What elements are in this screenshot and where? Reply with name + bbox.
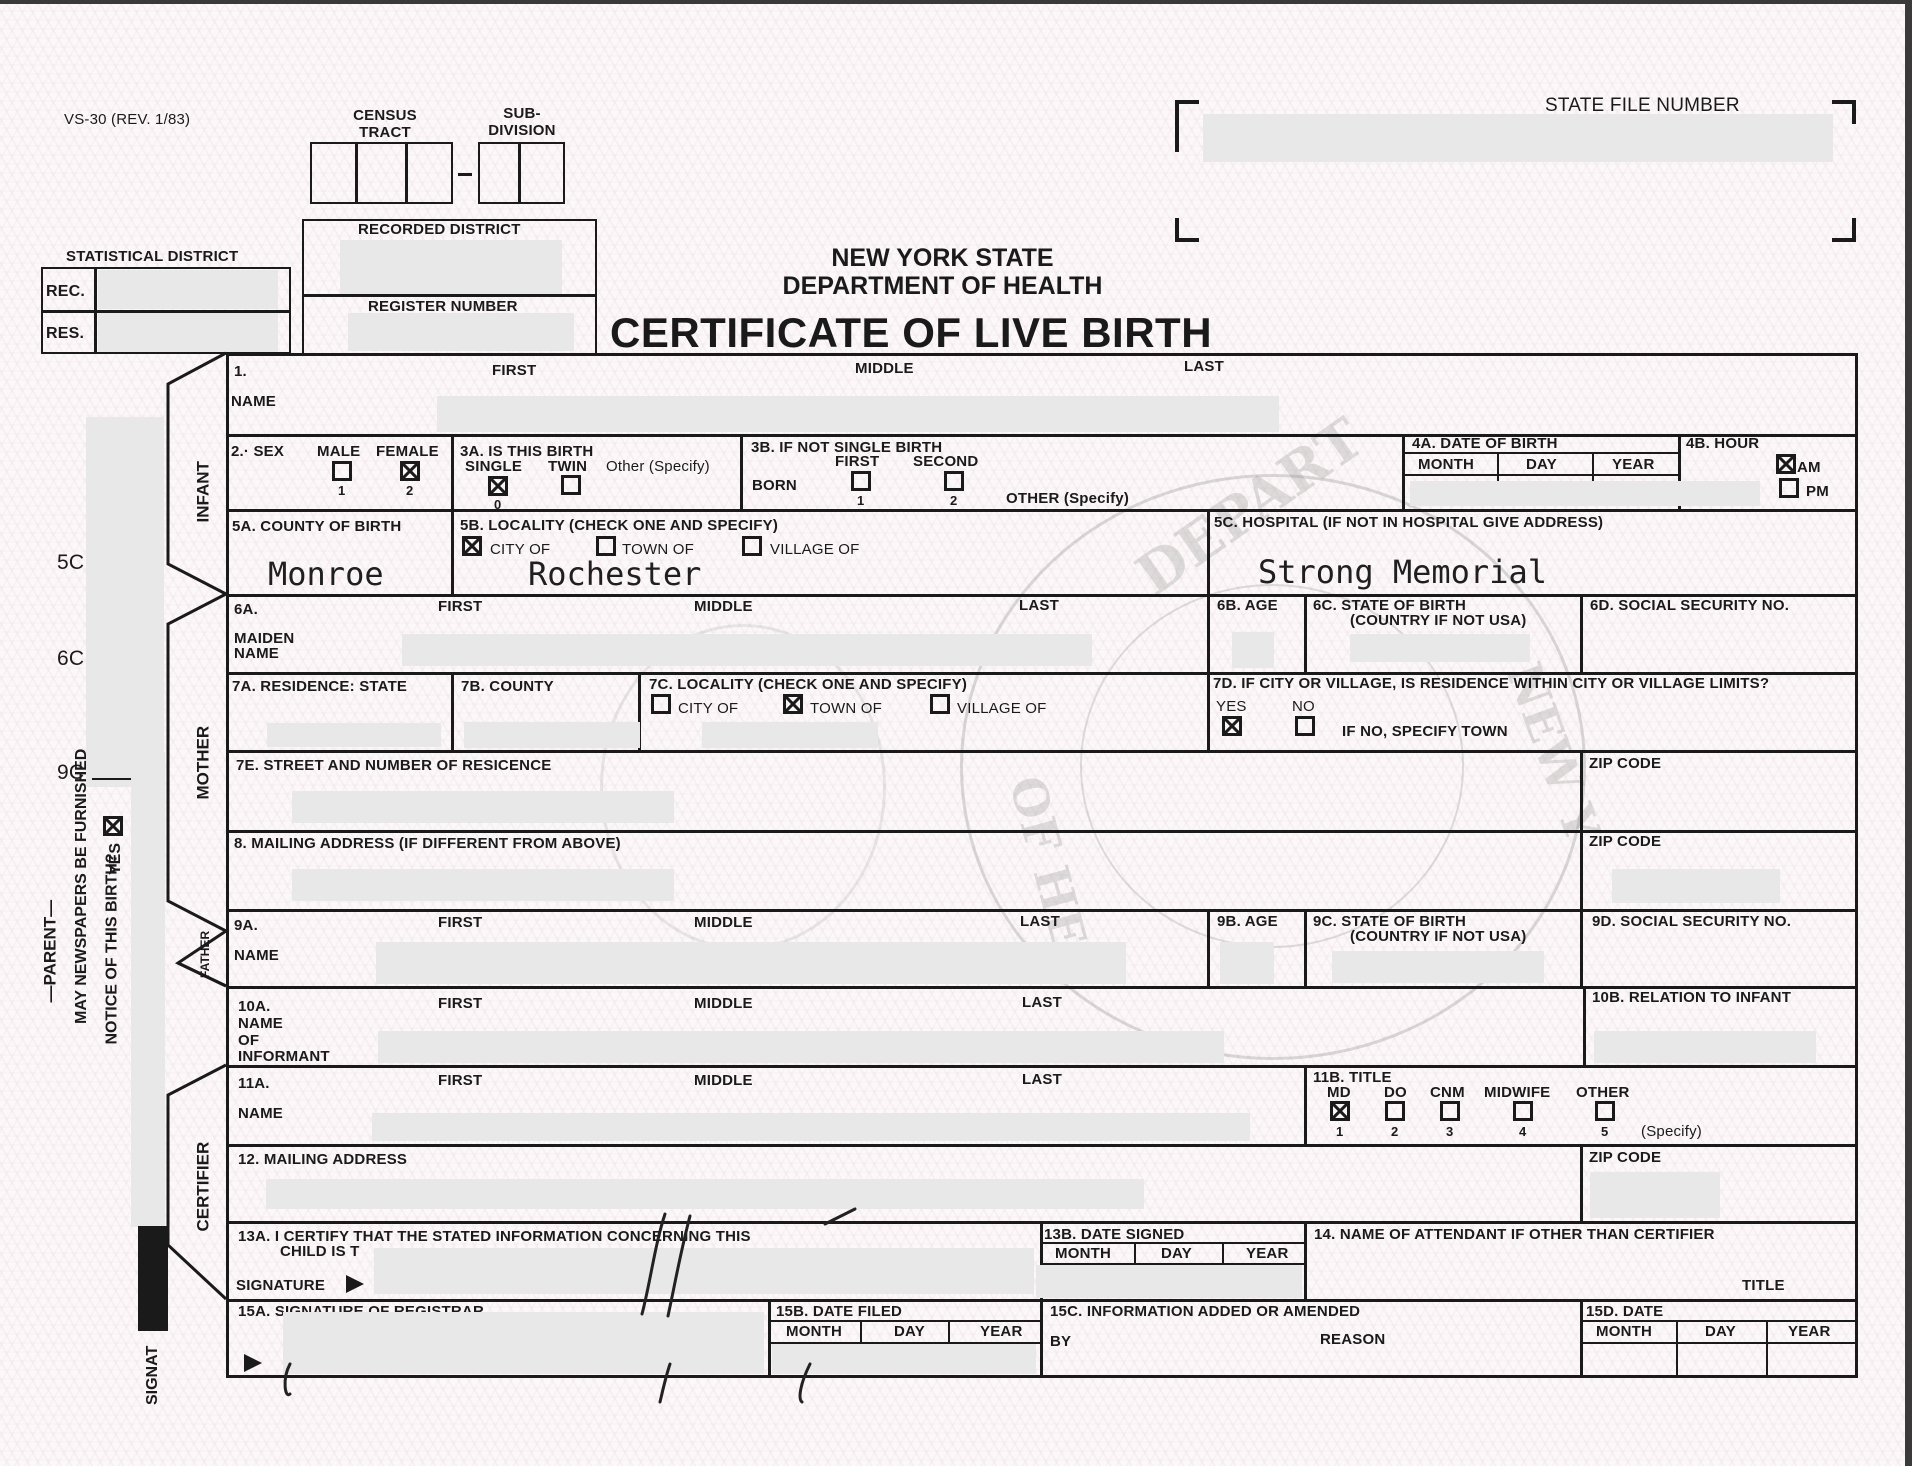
agency-line-2: DEPARTMENT OF HEALTH (745, 274, 1140, 299)
f9a-middle-label: MIDDLE (694, 915, 753, 930)
f6a-first-label: FIRST (438, 599, 482, 614)
row-line-8 (226, 909, 1858, 912)
f7d-specify-label: IF NO, SPECIFY TOWN (1342, 724, 1508, 739)
f5b-village-label: VILLAGE OF (770, 542, 860, 557)
f9d-label: 9D. SOCIAL SECURITY NO. (1592, 914, 1791, 929)
f1-number: 1. (234, 364, 247, 379)
statistical-district-label: STATISTICAL DISTRICT (66, 249, 238, 264)
f7d-yes-label: YES (1216, 699, 1247, 714)
f15d-col-2 (1766, 1320, 1768, 1378)
col-12-zip (1580, 1144, 1583, 1221)
col-13b-14 (1304, 1221, 1307, 1299)
f5a-label: 5A. COUNTY OF BIRTH (232, 519, 401, 534)
f1-name-label: NAME (231, 394, 276, 409)
statistical-district-col (94, 267, 97, 354)
f10a-label-3: INFORMANT (238, 1049, 330, 1064)
father-name-redacted[interactable] (376, 942, 1126, 984)
f6a-middle-label: MIDDLE (694, 599, 753, 614)
f10b-label: 10B. RELATION TO INFANT (1592, 990, 1791, 1005)
f15d-sub-top (1580, 1320, 1858, 1322)
row-line-1 (226, 434, 1858, 437)
informant-name-redacted[interactable] (378, 1031, 1224, 1063)
f15d-col-1 (1676, 1320, 1678, 1378)
f3b-second-label: SECOND (913, 454, 978, 469)
f6a-last-label: LAST (1019, 598, 1059, 613)
state-file-bracket-br (1832, 218, 1856, 242)
col-7c-7d (1207, 672, 1210, 750)
f6a-label-2: NAME (234, 646, 279, 661)
recorded-district-label: RECORDED DISTRICT (358, 222, 521, 237)
col-15b-15c (1040, 1299, 1043, 1378)
f3a-twin-label: TWIN (548, 459, 587, 474)
subdivision-divider (518, 142, 521, 204)
f3a-single-checkbox[interactable] (488, 476, 508, 496)
f9a-name-label: NAME (234, 948, 279, 963)
mother-state-of-birth-redacted[interactable] (1350, 634, 1530, 662)
margin-code-5c: 5C (57, 552, 84, 573)
col-5b-5c (1207, 509, 1210, 594)
mailing-zip-redacted[interactable] (1612, 869, 1780, 903)
newspaper-question-line-1: MAY NEWSPAPERS BE FURNISHED (74, 796, 90, 1024)
f11b-do-checkbox[interactable] (1385, 1101, 1405, 1121)
f11b-cnm-label: CNM (1430, 1085, 1465, 1100)
relation-to-infant-redacted[interactable] (1594, 1031, 1816, 1063)
census-divider-2 (405, 142, 408, 204)
f1-first-label: FIRST (492, 363, 536, 378)
f11b-other-checkbox[interactable] (1595, 1101, 1615, 1121)
f15d-label: 15D. DATE (1586, 1304, 1663, 1319)
census-tract-boxes[interactable] (310, 142, 453, 204)
f11b-code-1: 1 (1336, 1125, 1343, 1138)
col-9c-9d (1580, 909, 1583, 986)
f5c-label: 5C. HOSPITAL (IF NOT IN HOSPITAL GIVE AD… (1214, 515, 1603, 530)
f13b-month-label: MONTH (1055, 1246, 1111, 1261)
newspaper-yes-label: YES (108, 835, 124, 875)
census-tract-label: CENSUS TRACT (335, 108, 435, 140)
f4a-year-label: YEAR (1612, 457, 1654, 472)
f5b-city-checkbox[interactable] (462, 536, 482, 556)
f3b-second-checkbox[interactable] (944, 471, 964, 491)
f5b-value[interactable]: Rochester (528, 558, 701, 590)
f15b-year-label: YEAR (980, 1324, 1022, 1339)
f15d-year-label: YEAR (1788, 1324, 1830, 1339)
f3b-first-label: FIRST (835, 454, 879, 469)
f11a-number: 11A. (238, 1076, 270, 1091)
f3a-label: 3A. IS THIS BIRTH (460, 444, 593, 459)
col-6c-6d (1580, 594, 1583, 672)
f4b-label: 4B. HOUR (1686, 436, 1759, 451)
f11a-middle-label: MIDDLE (694, 1073, 753, 1088)
f3b-second-code: 2 (950, 494, 957, 507)
rec-value-redacted[interactable] (98, 270, 278, 309)
form-id: VS-30 (REV. 1/83) (64, 112, 190, 127)
f5a-value[interactable]: Monroe (268, 558, 384, 590)
state-file-number-label: STATE FILE NUMBER (1545, 96, 1740, 115)
f11b-code-5: 5 (1601, 1125, 1608, 1138)
f7c-village-checkbox[interactable] (930, 694, 950, 714)
f7c-village-label: VILLAGE OF (957, 701, 1047, 716)
f11b-cnm-checkbox[interactable] (1440, 1101, 1460, 1121)
f4b-am-checkbox[interactable] (1776, 454, 1796, 474)
f2-female-checkbox[interactable] (400, 461, 420, 481)
f10a-number: 10A. (238, 999, 271, 1014)
f4a-month-label: MONTH (1418, 457, 1474, 472)
row-line-7 (226, 750, 1858, 753)
rec-label: REC. (46, 284, 85, 300)
f10a-label-1: NAME (238, 1016, 283, 1031)
f11a-first-label: FIRST (438, 1073, 482, 1088)
infant-name-value-redacted[interactable] (437, 396, 1279, 432)
f15c-by-label: BY (1050, 1334, 1071, 1349)
residence-locality-redacted[interactable] (702, 722, 878, 748)
f11a-last-label: LAST (1022, 1072, 1062, 1087)
f9b-label: 9B. AGE (1217, 914, 1278, 929)
col-7a-7b (451, 672, 454, 750)
col-15c-15d (1580, 1299, 1583, 1378)
f4b-am-label: AM (1797, 460, 1821, 475)
f5c-value[interactable]: Strong Memorial (1258, 556, 1547, 588)
row-line-2 (226, 509, 1858, 512)
f7c-city-checkbox[interactable] (651, 694, 671, 714)
f13b-sub-top (1040, 1242, 1304, 1244)
f3a-single-label: SINGLE (465, 459, 522, 474)
f3b-first-checkbox[interactable] (851, 471, 871, 491)
f11b-md-checkbox[interactable] (1330, 1101, 1350, 1121)
f13b-label: 13B. DATE SIGNED (1044, 1227, 1184, 1242)
f15b-day-label: DAY (894, 1324, 925, 1339)
f7c-town-checkbox[interactable] (783, 694, 803, 714)
f2-female-label: FEMALE (376, 444, 439, 459)
f4a-sub-top (1404, 452, 1678, 454)
f11b-midwife-label: MIDWIFE (1484, 1085, 1550, 1100)
f11b-midwife-checkbox[interactable] (1513, 1101, 1533, 1121)
f4a-day-label: DAY (1526, 457, 1557, 472)
col-7e-zip (1580, 750, 1583, 909)
newspaper-question-line-2: NOTICE OF THIS BIRTH? (105, 870, 121, 1045)
f9c-label-2: (COUNTRY IF NOT USA) (1350, 929, 1527, 944)
mailing-address-redacted[interactable] (292, 869, 674, 901)
census-dash (458, 173, 472, 176)
f3b-born-label: BORN (752, 478, 797, 493)
f1-last-label: LAST (1184, 359, 1224, 374)
handwritten-signature-strokes (270, 1204, 890, 1404)
f11b-code-4: 4 (1519, 1125, 1526, 1138)
f15c-reason-label: REASON (1320, 1332, 1385, 1347)
residence-state-redacted[interactable] (267, 723, 441, 747)
f11b-code-3: 3 (1446, 1125, 1453, 1138)
col-3a-3b (740, 434, 743, 509)
f3b-other-label: OTHER (Specify) (1006, 491, 1129, 506)
f15d-month-label: MONTH (1596, 1324, 1652, 1339)
col-9a-9b (1207, 909, 1210, 986)
f11a-name-label: NAME (238, 1106, 283, 1121)
f6a-label-1: MAIDEN (234, 631, 294, 646)
register-number-label: REGISTER NUMBER (368, 299, 518, 314)
f9a-number: 9A. (234, 918, 258, 933)
f7d-yes-checkbox[interactable] (1222, 716, 1242, 736)
subdivision-boxes[interactable] (478, 142, 565, 204)
col-2-3a (451, 434, 454, 594)
f12-zip-label: ZIP CODE (1589, 1150, 1661, 1165)
subdivision-label: SUB- DIVISION (477, 106, 567, 138)
mother-maiden-name-redacted[interactable] (402, 634, 1092, 666)
state-file-bracket-bl (1175, 218, 1199, 242)
f5b-town-checkbox[interactable] (596, 536, 616, 556)
margin-codes-redacted (86, 417, 164, 787)
section-mother: MOTHER (195, 710, 212, 800)
section-certifier: CERTIFIER (195, 1128, 212, 1232)
f7c-city-label: CITY OF (678, 701, 738, 716)
f6b-label: 6B. AGE (1217, 598, 1278, 613)
date-signed-redacted[interactable] (1036, 1265, 1302, 1298)
f3a-other-label: Other (Specify) (606, 459, 710, 474)
father-age-redacted[interactable] (1220, 942, 1274, 984)
section-father: FATHER (199, 928, 211, 978)
col-6b-6c (1304, 594, 1307, 672)
f11b-label: 11B. TITLE (1313, 1070, 1392, 1085)
f15d-day-label: DAY (1705, 1324, 1736, 1339)
f6c-label-2: (COUNTRY IF NOT USA) (1350, 613, 1527, 628)
f15d-sub-bottom (1580, 1342, 1858, 1344)
register-number-value-redacted[interactable] (348, 313, 574, 351)
col-6a-6b (1207, 594, 1210, 672)
res-value-redacted[interactable] (98, 313, 278, 352)
f7c-town-label: TOWN OF (810, 701, 882, 716)
newspaper-yes-checkbox[interactable] (103, 816, 123, 836)
certifier-name-redacted[interactable] (372, 1113, 1250, 1141)
recorded-district-divider (302, 294, 597, 297)
date-of-birth-value-redacted[interactable] (1410, 481, 1760, 506)
signature-margin-label: SIGNAT (145, 1335, 161, 1405)
section-infant: INFANT (195, 433, 212, 523)
f7d-no-checkbox[interactable] (1295, 716, 1315, 736)
f7d-label: 7D. IF CITY OR VILLAGE, IS RESIDENCE WIT… (1213, 676, 1769, 691)
f13b-day-label: DAY (1161, 1246, 1192, 1261)
certificate-page: DEPART OF HE NEW Y VS-30 (REV. 1/83) CEN… (0, 0, 1905, 1466)
f7b-label: 7B. COUNTY (461, 679, 554, 694)
state-file-bracket-tl (1175, 100, 1199, 152)
margin-code-6c: 6C (57, 648, 84, 669)
f3b-first-code: 1 (857, 494, 864, 507)
f6d-label: 6D. SOCIAL SECURITY NO. (1590, 598, 1789, 613)
f10a-middle-label: MIDDLE (694, 996, 753, 1011)
residence-county-redacted[interactable] (464, 722, 640, 748)
f11b-specify-label: (Specify) (1641, 1124, 1702, 1139)
f2-male-checkbox[interactable] (332, 461, 352, 481)
f5b-village-checkbox[interactable] (742, 536, 762, 556)
row-line-10 (226, 1065, 1858, 1068)
f3a-single-code: 0 (494, 498, 501, 511)
col-3b-4a (1402, 434, 1405, 509)
col-10a-10b (1583, 986, 1586, 1065)
residence-street-redacted[interactable] (292, 791, 674, 823)
f15b-col-2 (948, 1320, 950, 1342)
f2-female-code: 2 (406, 484, 413, 497)
f1-middle-label: MIDDLE (855, 361, 914, 376)
state-file-bracket-tr (1832, 100, 1856, 124)
recorded-district-value-redacted[interactable] (340, 240, 562, 294)
f10a-first-label: FIRST (438, 996, 482, 1011)
f11b-md-label: MD (1327, 1085, 1351, 1100)
mother-age-redacted[interactable] (1232, 632, 1274, 668)
f2-male-code: 1 (338, 484, 345, 497)
f4b-pm-label: PM (1806, 484, 1829, 499)
f12-label: 12. MAILING ADDRESS (238, 1152, 407, 1167)
f7c-label: 7C. LOCALITY (CHECK ONE AND SPECIFY) (649, 677, 967, 692)
f11b-do-label: DO (1384, 1085, 1407, 1100)
f10a-last-label: LAST (1022, 995, 1062, 1010)
f13b-year-label: YEAR (1246, 1246, 1288, 1261)
res-label: RES. (46, 326, 84, 342)
f4a-label: 4A. DATE OF BIRTH (1412, 436, 1558, 451)
f11b-code-2: 2 (1391, 1125, 1398, 1138)
f9a-first-label: FIRST (438, 915, 482, 930)
f10a-label-2: OF (238, 1033, 259, 1048)
f14-title-label: TITLE (1742, 1278, 1785, 1293)
father-state-of-birth-redacted[interactable] (1332, 951, 1544, 983)
scan-edge-right (1905, 0, 1912, 1466)
f15c-label: 15C. INFORMATION ADDED OR AMENDED (1050, 1304, 1360, 1319)
f4b-pm-checkbox[interactable] (1779, 478, 1799, 498)
state-file-number-value-redacted[interactable] (1203, 114, 1833, 162)
row-line-11 (226, 1144, 1858, 1147)
f6a-number: 6A. (234, 602, 258, 617)
f2-label: 2.· SEX (231, 444, 284, 459)
f4a-sub-bottom (1404, 474, 1678, 476)
f9c-label-1: 9C. STATE OF BIRTH (1313, 914, 1466, 929)
col-11a-11b (1304, 1065, 1307, 1144)
certifier-zip-redacted[interactable] (1590, 1172, 1720, 1218)
f14-label: 14. NAME OF ATTENDANT IF OTHER THAN CERT… (1314, 1227, 1715, 1242)
f7e-label: 7E. STREET AND NUMBER OF RESICENCE (236, 758, 551, 773)
f5b-label: 5B. LOCALITY (CHECK ONE AND SPECIFY) (460, 518, 778, 533)
f11b-other-label: OTHER (1576, 1085, 1630, 1100)
f3a-twin-checkbox[interactable] (561, 475, 581, 495)
f8-zip-label: ZIP CODE (1589, 834, 1661, 849)
parent-label: —PARENT— (42, 883, 59, 1003)
f7d-no-label: NO (1292, 699, 1315, 714)
f15a-signature-arrow-icon (244, 1354, 262, 1372)
col-9b-9c (1304, 909, 1307, 986)
f7a-label: 7A. RESIDENCE: STATE (232, 679, 407, 694)
f13b-col-2 (1222, 1242, 1224, 1264)
f9a-last-label: LAST (1020, 914, 1060, 929)
f13b-col-1 (1134, 1242, 1136, 1264)
f8-label: 8. MAILING ADDRESS (IF DIFFERENT FROM AB… (234, 836, 621, 851)
census-divider-1 (355, 142, 358, 204)
f6c-label-1: 6C. STATE OF BIRTH (1313, 598, 1466, 613)
f7e-zip-label: ZIP CODE (1589, 756, 1661, 771)
certificate-title: CERTIFICATE OF LIVE BIRTH (610, 312, 1212, 354)
f2-male-label: MALE (317, 444, 360, 459)
agency-line-1: NEW YORK STATE (755, 246, 1130, 271)
